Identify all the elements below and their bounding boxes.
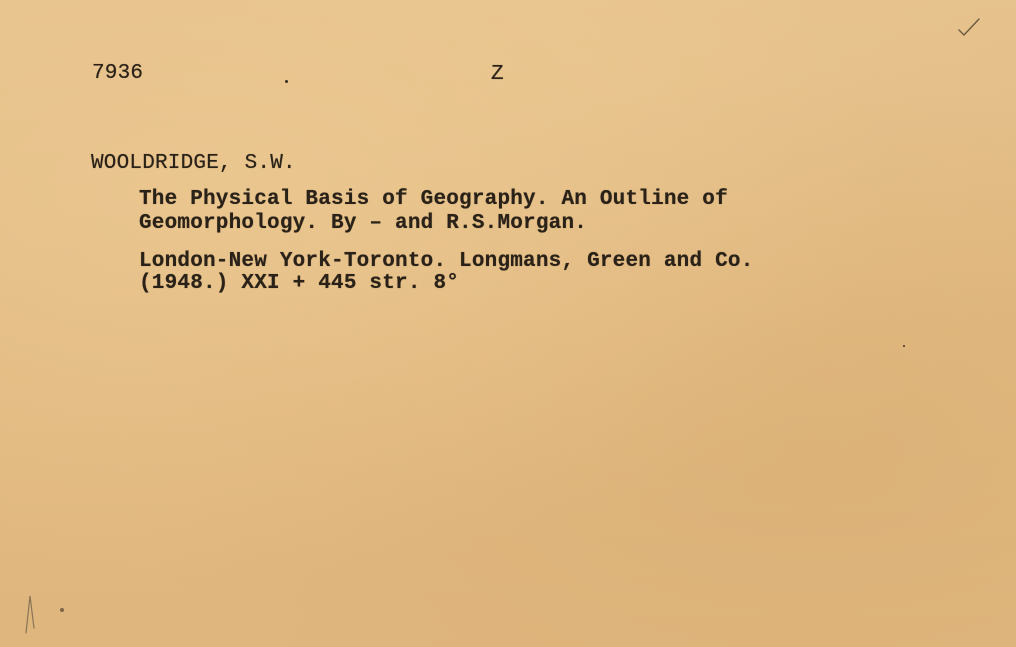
imprint-line-1: London-New York-Toronto. Longmans, Green… (139, 251, 754, 273)
checkmark-icon (957, 16, 981, 38)
imprint-line-2: (1948.) XXI + 445 str. 8° (139, 273, 459, 295)
call-number: 7936 (92, 63, 143, 85)
ink-speck (903, 345, 905, 347)
ink-speck (285, 80, 288, 83)
title-line-2: Geomorphology. By – and R.S.Morgan. (139, 213, 587, 235)
title-line-1: The Physical Basis of Geography. An Outl… (139, 189, 728, 211)
section-letter: Z (491, 64, 504, 86)
pencil-mark-icon (20, 588, 40, 638)
catalog-card: 7936 Z WOOLDRIDGE, S.W. The Physical Bas… (0, 0, 1016, 647)
ink-speck (60, 608, 64, 612)
author-heading: WOOLDRIDGE, S.W. (91, 153, 296, 175)
